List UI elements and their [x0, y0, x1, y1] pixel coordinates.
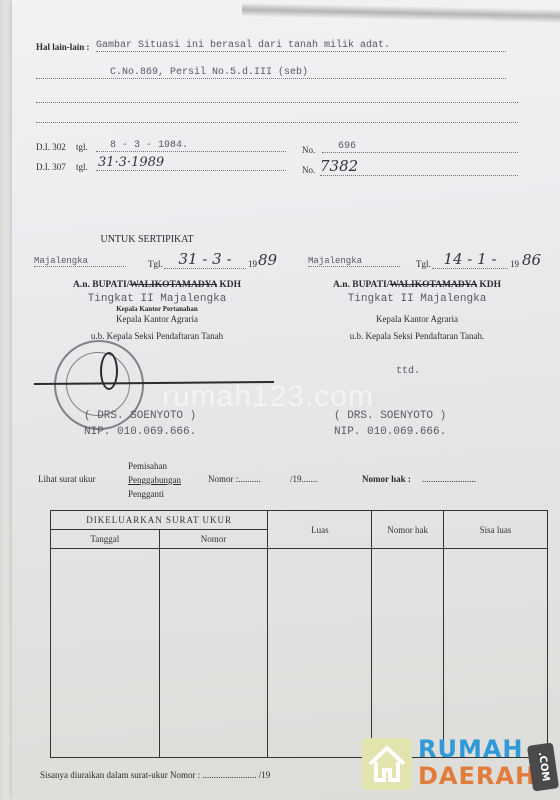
right-date: 14 - 1 - [432, 250, 508, 269]
option-pemisahan: Pemisahan [128, 459, 181, 473]
right-tgl-label: Tgl. [416, 259, 431, 269]
left-office: Kepala Kantor Agraria [52, 314, 262, 324]
right-ttd: ttd. [396, 366, 420, 377]
column-header-nomor: Nomor [159, 530, 268, 549]
right-nip: NIP. 010.069.666. [334, 426, 446, 438]
right-year-suffix: 86 [522, 251, 541, 269]
logo-text-daerah: DAERAH [418, 763, 536, 789]
hal-lain-lain-line1: Gambar Situasi ini berasal dari tanah mi… [96, 40, 506, 52]
left-date: 31 - 3 - [164, 250, 246, 269]
surat-ukur-table: DIKELUARKAN SURAT UKUR Luas Nomor hak Si… [50, 510, 548, 758]
column-header-sisa-luas: Sisa luas [443, 511, 547, 549]
di307-date: 31·3·1989 [96, 155, 286, 171]
signature-loop [100, 352, 118, 390]
left-stamped-office: Kepala Kantor Pertanahan [52, 305, 262, 313]
nomor-field: Nomor :.......... [208, 474, 261, 484]
dotted-line [36, 90, 518, 103]
di302-no-label: No. [302, 145, 315, 155]
left-section: u.b. Kepala Seksi Pendaftaran Tanah [52, 331, 262, 341]
di307-no-label: No. [302, 165, 315, 175]
land-document-page: Hal lain-lain : Gambar Situasi ini beras… [12, 0, 560, 800]
dotted-line [36, 110, 518, 123]
right-office: Kepala Kantor Agraria [312, 314, 522, 324]
right-year-prefix: 19 [510, 259, 519, 269]
nomor-hak-value: ........................ [422, 474, 476, 484]
table-group-header: DIKELUARKAN SURAT UKUR [51, 511, 268, 530]
table-cell [372, 549, 444, 758]
di302-number: 696 [322, 141, 518, 153]
table-row [51, 549, 548, 758]
nomor-hak-label: Nomor hak : [362, 474, 411, 484]
left-nip: NIP. 010.069.666. [84, 426, 196, 438]
table-cell [51, 549, 160, 758]
table-cell [268, 549, 372, 758]
logo-text-com: .COM [527, 742, 559, 791]
di302-label: D.I. 302 [36, 142, 66, 152]
column-header-tanggal: Tanggal [51, 530, 160, 549]
left-year-prefix: 19 [248, 259, 257, 269]
hal-lain-lain-label: Hal lain-lain : [36, 42, 90, 52]
left-place: Majalengka [34, 256, 126, 267]
table-cell [443, 549, 547, 758]
left-authority: A.n. BUPATI/WALIKOTAMADYA KDH [52, 280, 262, 290]
di307-label: D.I. 307 [36, 162, 66, 172]
surat-ukur-options: Pemisahan Penggabungan Pengganti [128, 459, 181, 501]
right-section: u.b. Kepala Seksi Pendaftaran Tanah. [312, 331, 522, 341]
logo-text-rumah: RUMAH [418, 736, 524, 762]
house-icon [362, 738, 412, 790]
table-cell [159, 549, 268, 758]
option-pengganti: Pengganti [128, 487, 181, 501]
left-year-suffix: 89 [258, 251, 277, 269]
rumah123-watermark: rumah123.com [162, 380, 374, 414]
lihat-surat-ukur-label: Lihat surat ukur [38, 474, 96, 484]
right-authority: A.n. BUPATI/WALIKOTAMADYA KDH [312, 280, 522, 290]
untuk-sertipikat-heading: UNTUK SERTIPIKAT [72, 234, 222, 245]
right-region: Tingkat II Majalengka [312, 293, 522, 305]
year-field: /19....... [290, 474, 317, 484]
hal-lain-lain-line2: C.No.869, Persil No.5.d.III (seb) [110, 67, 490, 78]
di302-tgl-label: tgl. [76, 142, 88, 152]
di307-tgl-label: tgl. [76, 162, 88, 172]
rumahdaerah-logo: RUMAH DAERAH .COM [362, 736, 558, 794]
paper-fold-shadow [242, 3, 560, 24]
sisanya-label: Sisanya diuraikan dalam surat-ukur Nomor… [40, 770, 270, 780]
column-header-luas: Luas [268, 511, 372, 549]
left-tgl-label: Tgl. [148, 259, 163, 269]
di307-number: 7382 [320, 157, 518, 176]
option-penggabungan: Penggabungan [128, 473, 181, 487]
di302-date: 8 - 3 - 1984. [96, 140, 286, 152]
column-header-nomor-hak: Nomor hak [372, 511, 444, 549]
left-region: Tingkat II Majalengka [52, 293, 262, 305]
right-place: Majalengka [308, 256, 400, 267]
